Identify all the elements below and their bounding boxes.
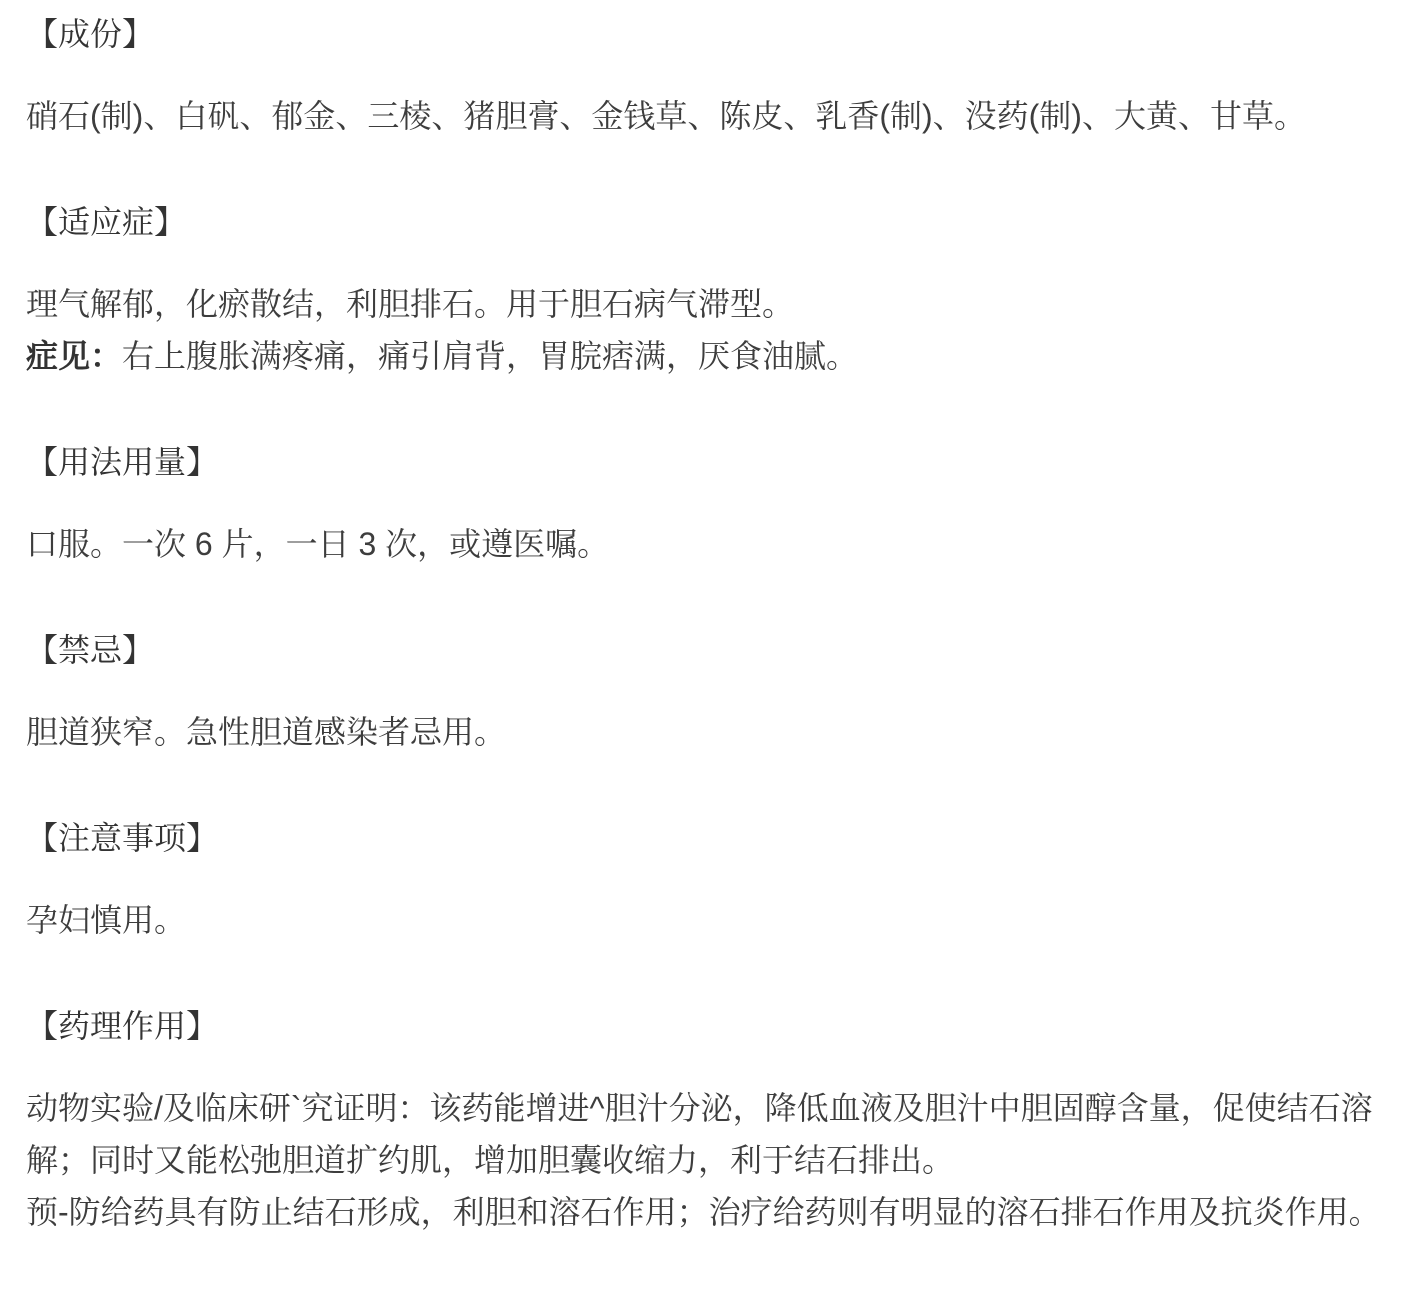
section-title-precautions: 【注意事项】 <box>26 812 1391 864</box>
section-contraindications: 【禁忌】 胆道狭窄。急性胆道感染者忌用。 <box>26 624 1391 758</box>
section-body-contraindications: 胆道狭窄。急性胆道感染者忌用。 <box>26 706 1391 758</box>
section-precautions: 【注意事项】 孕妇慎用。 <box>26 812 1391 946</box>
drug-leaflet-document: 【成份】 硝石(制)、白矾、郁金、三棱、猪胆膏、金钱草、陈皮、乳香(制)、没药(… <box>26 8 1391 1238</box>
section-title-indications: 【适应症】 <box>26 196 1391 248</box>
section-body-pharmacology-2: 预-防给药具有防止结石形成，利胆和溶石作用；治疗给药则有明显的溶石排石作用及抗炎… <box>26 1186 1391 1238</box>
section-pharmacology: 【药理作用】 动物实验/及临床研`究证明：该药能增进^胆汁分泌，降低血液及胆汁中… <box>26 1000 1391 1238</box>
section-title-pharmacology: 【药理作用】 <box>26 1000 1391 1052</box>
section-dosage: 【用法用量】 口服。一次 6 片，一日 3 次，或遵医嘱。 <box>26 436 1391 570</box>
section-indications: 【适应症】 理气解郁，化瘀散结，利胆排石。用于胆石病气滞型。 症见：右上腹胀满疼… <box>26 196 1391 382</box>
section-body-symptoms: 症见：右上腹胀满疼痛，痛引肩背，胃脘痞满，厌食油腻。 <box>26 330 1391 382</box>
section-body-pharmacology-1: 动物实验/及临床研`究证明：该药能增进^胆汁分泌，降低血液及胆汁中胆固醇含量，促… <box>26 1082 1391 1186</box>
section-body-precautions: 孕妇慎用。 <box>26 894 1391 946</box>
section-ingredients: 【成份】 硝石(制)、白矾、郁金、三棱、猪胆膏、金钱草、陈皮、乳香(制)、没药(… <box>26 8 1391 142</box>
section-title-contraindications: 【禁忌】 <box>26 624 1391 676</box>
section-body-ingredients: 硝石(制)、白矾、郁金、三棱、猪胆膏、金钱草、陈皮、乳香(制)、没药(制)、大黄… <box>26 90 1391 142</box>
section-title-ingredients: 【成份】 <box>26 8 1391 60</box>
section-body-dosage: 口服。一次 6 片，一日 3 次，或遵医嘱。 <box>26 518 1391 570</box>
symptoms-text: 右上腹胀满疼痛，痛引肩背，胃脘痞满，厌食油腻。 <box>122 338 858 374</box>
section-body-indications: 理气解郁，化瘀散结，利胆排石。用于胆石病气滞型。 <box>26 278 1391 330</box>
symptoms-label: 症见： <box>26 338 122 374</box>
section-title-dosage: 【用法用量】 <box>26 436 1391 488</box>
